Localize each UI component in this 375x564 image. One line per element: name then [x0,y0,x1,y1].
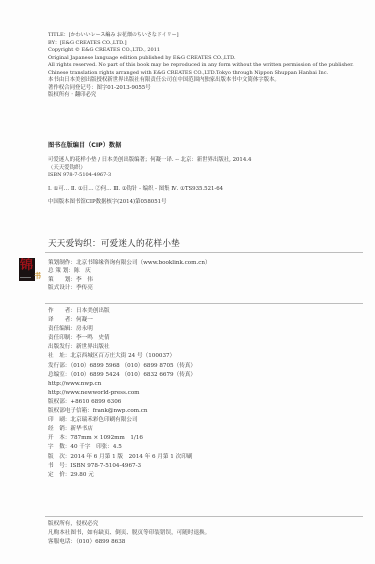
credit-row: 总 策 划：陈 庆 [48,267,211,275]
credit-row-publisher: 出版发行：新世界出版社 [48,343,196,352]
booklink-logo: 锦 [19,258,35,281]
all-rights-line: 版权所有 · 翻印必究 [48,92,354,100]
author-line: BY：[E&G CREATES CO.,LTD.] [48,40,354,48]
divider [45,516,363,517]
title-line: TITLE：[かわいいレース編み お花畑のちいさなドイリー] [48,32,354,40]
credit-row-translator: 译 者：何凝一 [48,316,196,325]
credit-row-editor: 责任编辑：房永明 [48,325,196,334]
rights-reserved-line: All rights reserved. No part of this boo… [48,62,354,70]
credit-row-email: 版权部电子信箱：frank@nwp.com.cn [48,407,196,416]
cip-entry-line: 可爱迷人的花样小垫 / 日本美创出版编著；何凝一译. -- 北京：新世界出版社,… [48,157,251,165]
rights-notice: 版权所有，侵权必究 [48,520,210,529]
credit-row-distribution: 发行部：（010）6899 5968 （010）6899 8705（传真） [48,362,196,371]
logo-glyph: 锦 [20,258,33,273]
website-link[interactable]: http://www.nwp.cn [48,380,196,389]
license-statement-line: 本书由日本美创出版授权新世界出版社有限责任公司在中国范围内独家出版本书中文简体字… [48,77,354,85]
website-link[interactable]: http://www.newworld-press.com [48,389,196,398]
publication-credits: 作 者：日本美创出版 译 者：何凝一 责任编辑：房永明 责任印制：李一鸣 史倩 … [48,307,196,480]
cip-number-line: 中国版本图书馆CIP数据核字(2014)第058051号 [48,199,251,207]
divider [45,252,363,253]
credit-row-word-count: 字 数：40 千字 印张：4.5 [48,443,196,452]
credit-row-copyright-dept: 版权部：+8610 6899 6306 [48,398,196,407]
cip-isbn-line: ISBN 978-7-5104-4967-3 [48,172,251,180]
logo-strip [20,277,31,278]
cip-classification-line: Ⅰ. ①可… Ⅱ. ①日… ②何… Ⅲ. ①钩针 - 编织 - 图集 Ⅳ. ①T… [48,186,251,194]
original-edition-line: Original Japanese language edition publi… [48,55,354,63]
book-title: 天天爱钩织：可爱迷人的花样小垫 [48,237,180,249]
credit-row: 策划制作：北京书锦缘咨询有限公司（www.booklink.com.cn） [48,259,211,267]
credit-row-address: 社 址：北京西城区百万庄大街 24 号（100037） [48,352,196,361]
footer-notice: 版权所有，侵权必究 凡购本社图书，如有缺页、倒页、脱页等印装错误，可随时退换。 … [48,520,210,547]
credit-row-price: 定 价：29.80 元 [48,471,196,480]
credit-row: 策 划：李 伟 [48,276,211,284]
copyright-page: TITLE：[かわいいレース編み お花畑のちいさなドイリー] BY：[E&G C… [0,0,375,564]
planning-credits: 策划制作：北京书锦缘咨询有限公司（www.booklink.com.cn） 总 … [48,259,211,293]
copyright-notice: TITLE：[かわいいレース編み お花畑のちいさなドイリー] BY：[E&G C… [48,32,354,100]
return-policy: 凡购本社图书，如有缺页、倒页、脱页等印装错误，可随时退换。 [48,529,210,538]
credit-row-isbn: 书 号：ISBN 978-7-5104-4967-3 [48,462,196,471]
contract-registration-line: 著作权合同登记号：图字01-2013-9055号 [48,85,354,93]
divider [45,303,363,304]
translation-rights-line: Chinese translation rights arranged with… [48,70,354,78]
credit-row-distributor: 经 销：新华书店 [48,425,196,434]
credit-row-format: 开 本：787mm × 1092mm 1/16 [48,434,196,443]
logo-accent: 书 [34,272,41,280]
cip-heading: 图书在版编目（CIP）数据 [48,140,121,149]
copyright-line: Copyright © E&G CREATES CO.,LTD., 2011 [48,47,354,55]
email-link[interactable]: frank@nwp.com.cn [93,408,148,414]
credit-row-editorial-office: 总编室：（010）6899 5424 （010）6832 6679（传真） [48,371,196,380]
service-phone: 客服电话：（010）6899 8638 [48,538,210,547]
credit-row: 版式设计：季传亮 [48,284,211,292]
cip-series-line: （天天爱钩织） [48,165,251,173]
credit-row-print-supervisor: 责任印制：李一鸣 史倩 [48,334,196,343]
credit-row-edition: 版 次：2014 年 6 月第 1 版 2014 年 6 月第 1 次印刷 [48,453,196,462]
credit-row-printer: 印 刷：北京瑞禾彩色印刷有限公司 [48,416,196,425]
cip-data: 可爱迷人的花样小垫 / 日本美创出版编著；何凝一译. -- 北京：新世界出版社,… [48,157,251,207]
credit-row-author: 作 者：日本美创出版 [48,307,196,316]
